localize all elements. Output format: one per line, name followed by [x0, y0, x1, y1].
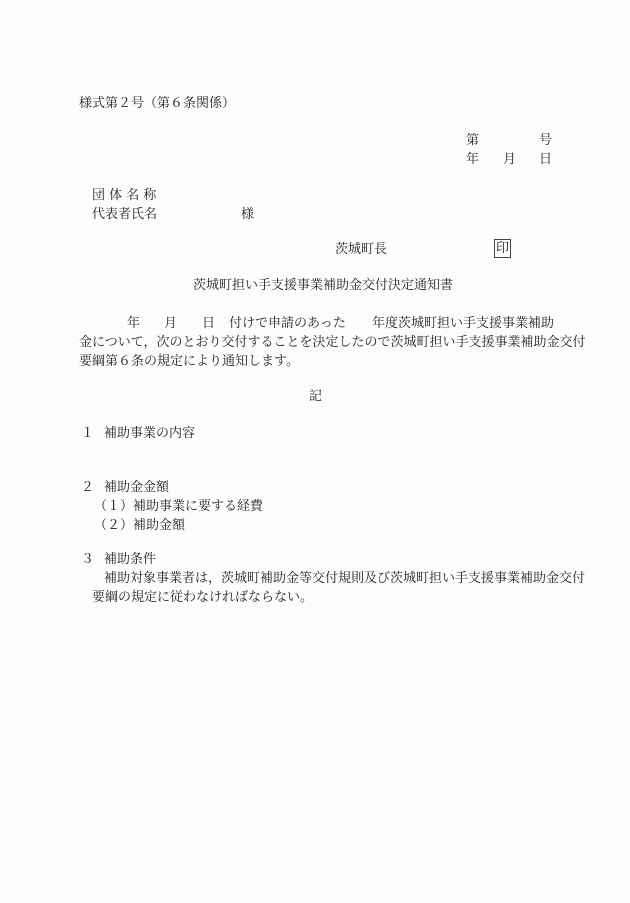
document-title: 茨城町担い手支援事業補助金交付決定通知書	[193, 276, 453, 295]
section-2-heading: 補助金金額	[104, 478, 169, 497]
section-1-number: １	[81, 424, 94, 443]
doc-number-dai: 第	[466, 131, 479, 150]
section-2-number: ２	[81, 478, 94, 497]
date-month: 月	[503, 150, 516, 169]
date-day: 日	[539, 150, 552, 169]
section-2-item-1: （１）補助事業に要する経費	[94, 497, 263, 516]
issuer-title: 茨城町長	[335, 240, 387, 259]
body-line3: 要綱第６条の規定により通知します。	[79, 352, 299, 371]
section-3-heading: 補助条件	[104, 550, 156, 569]
seal-mark: 印	[494, 239, 511, 258]
section-2-item-2: （２）補助金額	[94, 516, 185, 535]
honorific-sama: 様	[241, 205, 254, 224]
body-day: 日	[202, 314, 215, 333]
form-label: 様式第２号（第６条関係）	[79, 94, 235, 113]
doc-number-go: 号	[539, 131, 552, 150]
section-3-text-line1: 補助対象事業者は，茨城町補助金等交付規則及び茨城町担い手支援事業補助金交付	[104, 569, 585, 588]
seal-icon: 印	[494, 239, 511, 258]
date-year: 年	[466, 150, 479, 169]
representative-label: 代表者氏名	[92, 205, 157, 224]
org-name-label: 団 体 名 称	[92, 186, 156, 205]
section-3-number: ３	[81, 550, 94, 569]
body-line2: 金について，次のとおり交付することを決定したので茨城町担い手支援事業補助金交付	[79, 333, 585, 352]
body-year: 年	[127, 314, 140, 333]
body-month: 月	[164, 314, 177, 333]
ki-label: 記	[309, 387, 322, 406]
body-line1-text: 付けで申請のあった	[229, 314, 346, 333]
body-line1-tail: 年度茨城町担い手支援事業補助	[372, 314, 554, 333]
section-1-heading: 補助事業の内容	[104, 424, 195, 443]
section-3-text-line2: 要綱の規定に従わなければならない。	[92, 588, 313, 607]
